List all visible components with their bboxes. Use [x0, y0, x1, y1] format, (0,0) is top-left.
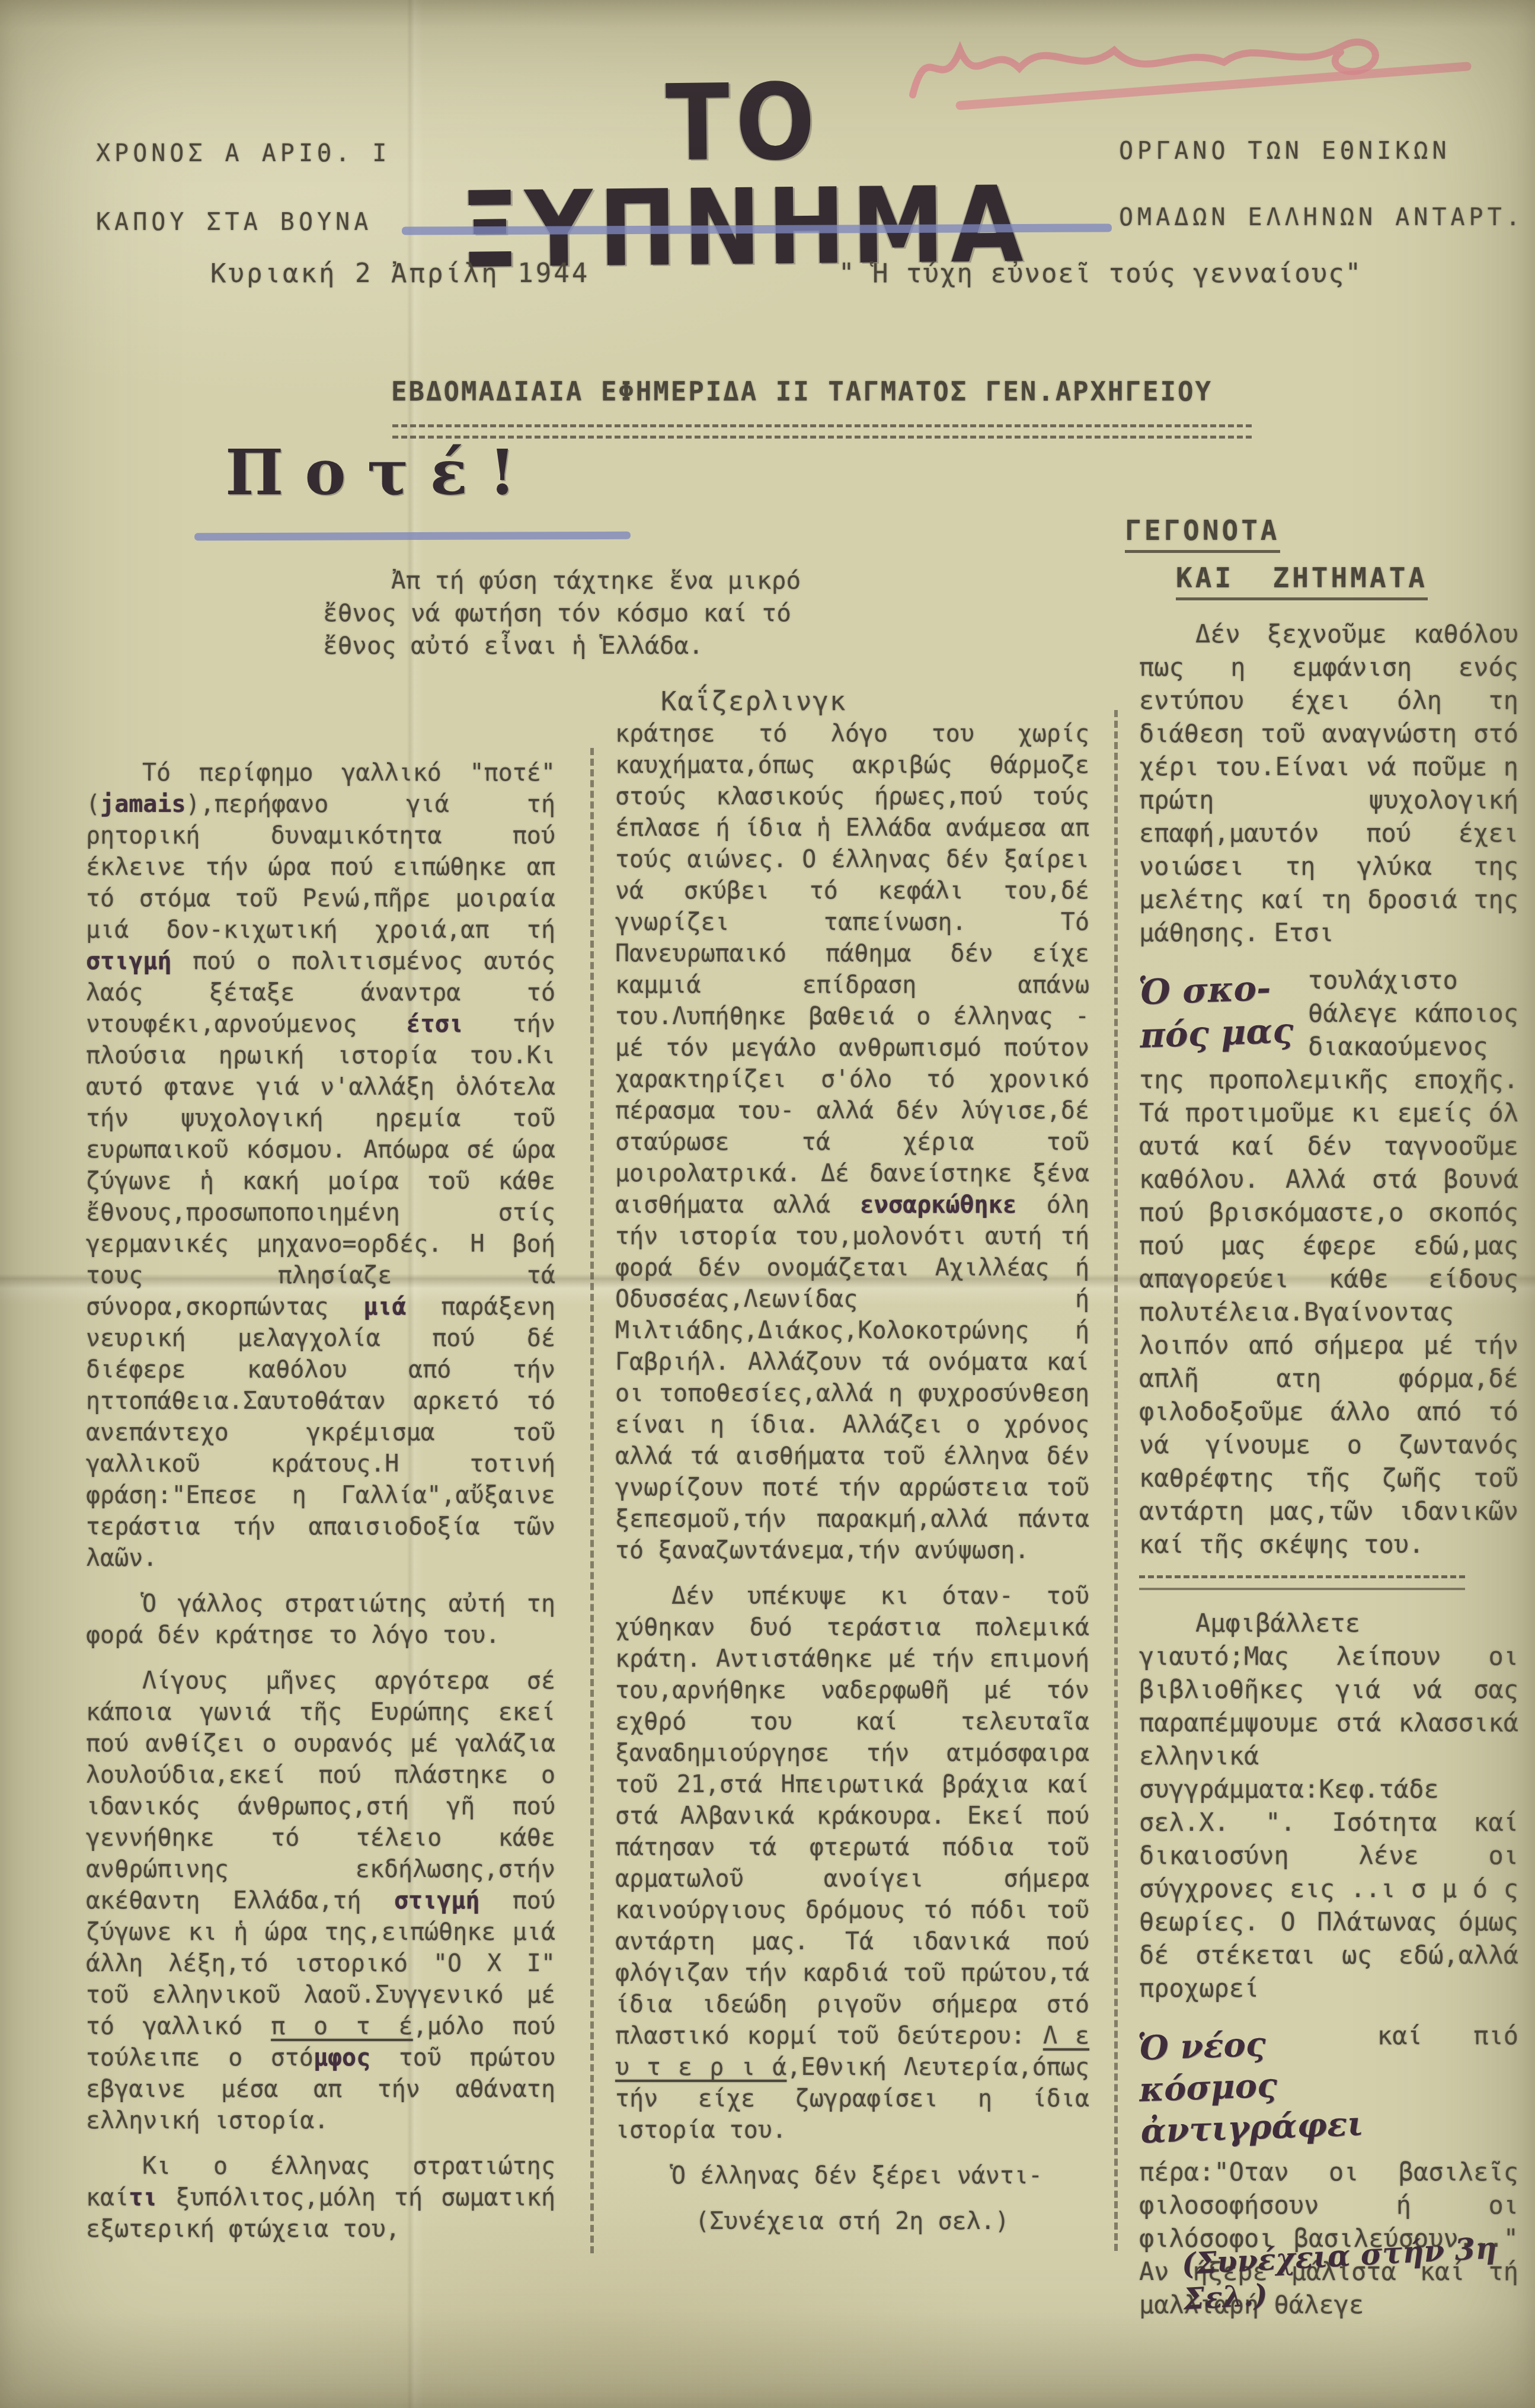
column-divider [590, 748, 594, 2253]
paragraph: Κι ο έλληνας στρατιώτης καίτι ξυπόλιτος,… [86, 2151, 555, 2245]
handwritten-ink-word: τι [129, 2184, 157, 2211]
epigraph-line: ἔθνος νά φωτήση τόν κόσμο καί τό [323, 597, 886, 629]
article-column-3: Δέν ξεχνοῦμε καθόλου πως η εμφάνιση ενός… [1139, 618, 1518, 2336]
issue-info-line2: ΚΑΠΟΥ ΣΤΑ ΒΟΥΝΑ [96, 209, 372, 236]
typed-text: π ο τ έ [271, 2013, 412, 2040]
typed-text: Ὁ γάλλος στρατιώτης αὐτή τη φορά δέν κρά… [86, 1590, 555, 1649]
epigraph-line: Ἀπ τή φύση τάχτηκε ἕνα μικρό [323, 564, 886, 597]
handwritten-ink-word: στιγμή [86, 948, 172, 975]
typed-text: (Συνέχεια στή 2η σελ.) [695, 2208, 1009, 2235]
typed-text: παράξενη νευρική μελαγχολία πού δέ διέφε… [86, 1293, 555, 1572]
handwritten-ink-word: μφος [314, 2044, 370, 2071]
typed-text: Δέν υπέκυψε κι όταν- τοῦ χύθηκαν δυό τερ… [615, 1582, 1089, 2049]
subtitle: ΕΒΔΟΜΑΔΙΑΙΑ ΕΦΗΜΕΡΙΔΑ ΙΙ ΤΑΓΜΑΤΟΣ ΓΕΝ.ΑΡ… [391, 377, 1213, 407]
issue-info-line1: ΧΡΟΝΟΣ Α ΑΡΙΘ. Ι [96, 140, 391, 167]
epigraph: Ἀπ τή φύση τάχτηκε ἕνα μικρό ἔθνος νά φω… [323, 564, 886, 662]
newspaper-title: ΤΟ ΞΥΠΝΗΜΑ [384, 67, 1104, 284]
epigraph-line: ἔθνος αὐτό εἶναι ἡ Ἑλλάδα. [323, 629, 886, 662]
news-section-header-line2: ΚΑΙ ΖΗΤΗΜΑΤΑ [1176, 562, 1428, 600]
paragraph: Δέν υπέκυψε κι όταν- τοῦ χύθηκαν δυό τερ… [615, 1581, 1089, 2146]
handwritten-ink-word: ενσαρκώθηκε [860, 1191, 1017, 1219]
typed-text: κράτησε τό λόγο του χωρίς καυχήματα,όπως… [615, 720, 1089, 1219]
article-column-1: Τό περίφημο γαλλικό "ποτέ" (jamais),περή… [86, 757, 555, 2259]
paragraph: Ὁ γάλλος στρατιώτης αὐτή τη φορά δέν κρά… [86, 1588, 555, 1651]
lead-headline: Ποτέ! [225, 436, 537, 509]
news-section-header-line1: ΓΕΓΟΝΟΤΑ [1125, 514, 1280, 553]
typed-text: Αμφιβάλλετε γιαυτό;Μας λείπουν οι βιβλιο… [1139, 1608, 1518, 2003]
article-column-2: κράτησε τό λόγο του χωρίς καυχήματα,όπως… [615, 718, 1089, 2252]
headline-blue-underline [194, 532, 631, 541]
organ-line2: ΟΜΑΔΩΝ ΕΛΛΗΝΩΝ ΑΝΤΑΡΤ. [1119, 204, 1524, 231]
paragraph: Δέν ξεχνοῦμε καθόλου πως η εμφάνιση ενός… [1139, 618, 1518, 949]
typed-text: τήν πλούσια ηρωική ιστορία του.Κι αυτό φ… [86, 1010, 555, 1320]
handwritten-ink-word: έτσι [407, 1010, 463, 1038]
organ-line1: ΟΡΓΑΝΟ ΤΩΝ ΕΘΝΙΚΩΝ [1119, 137, 1450, 165]
newspaper-page: ΧΡΟΝΟΣ Α ΑΡΙΘ. Ι ΚΑΠΟΥ ΣΤΑ ΒΟΥΝΑ ΤΟ ΞΥΠΝ… [0, 0, 1535, 2408]
motto: " Ἡ τύχη εὐνοεῖ τούς γενναίους" [839, 258, 1362, 289]
handwritten-ink-word: στιγμή [394, 1887, 480, 1914]
column-divider [1114, 710, 1118, 2251]
handwritten-margin-note: Ὁ νέος κόσμος ἀντιγράφει [1137, 2020, 1364, 2153]
handwritten-ink-word: μιά [363, 1293, 406, 1320]
paragraph: Αμφιβάλλετε γιαυτό;Μας λείπουν οι βιβλιο… [1139, 1607, 1518, 2005]
handwritten-ink-word: jamais [100, 791, 186, 818]
typed-text: Δέν ξεχνοῦμε καθόλου πως η εμφάνιση ενός… [1139, 619, 1518, 947]
typed-text: Ὁ έλληνας δέν ξέρει νάντι- [671, 2162, 1042, 2189]
paragraph: Λίγους μῆνες αργότερα σέ κάποια γωνιά τῆ… [86, 1665, 555, 2137]
double-dashed-separator [1139, 1575, 1465, 1590]
handwritten-margin-note: Ὁ σκο- πός μας [1138, 966, 1294, 1057]
paragraph: Ὁ έλληνας δέν ξέρει νάντι- [615, 2160, 1089, 2192]
paragraph: κράτησε τό λόγο του χωρίς καυχήματα,όπως… [615, 718, 1089, 1566]
typed-text: όλη τήν ιστορία του,μολονότι αυτή τή φορ… [615, 1191, 1089, 1564]
paragraph: (Συνέχεια στή 2η σελ.) [615, 2206, 1089, 2237]
issue-date: Κυριακή 2 Ἀπρίλη 1944 [210, 258, 590, 289]
paragraph: Τό περίφημο γαλλικό "ποτέ" (jamais),περή… [86, 757, 555, 1574]
typed-text: Λίγους μῆνες αργότερα σέ κάποια γωνιά τῆ… [86, 1667, 555, 1914]
epigraph-author: Καΐζερλινγκ [661, 686, 846, 717]
